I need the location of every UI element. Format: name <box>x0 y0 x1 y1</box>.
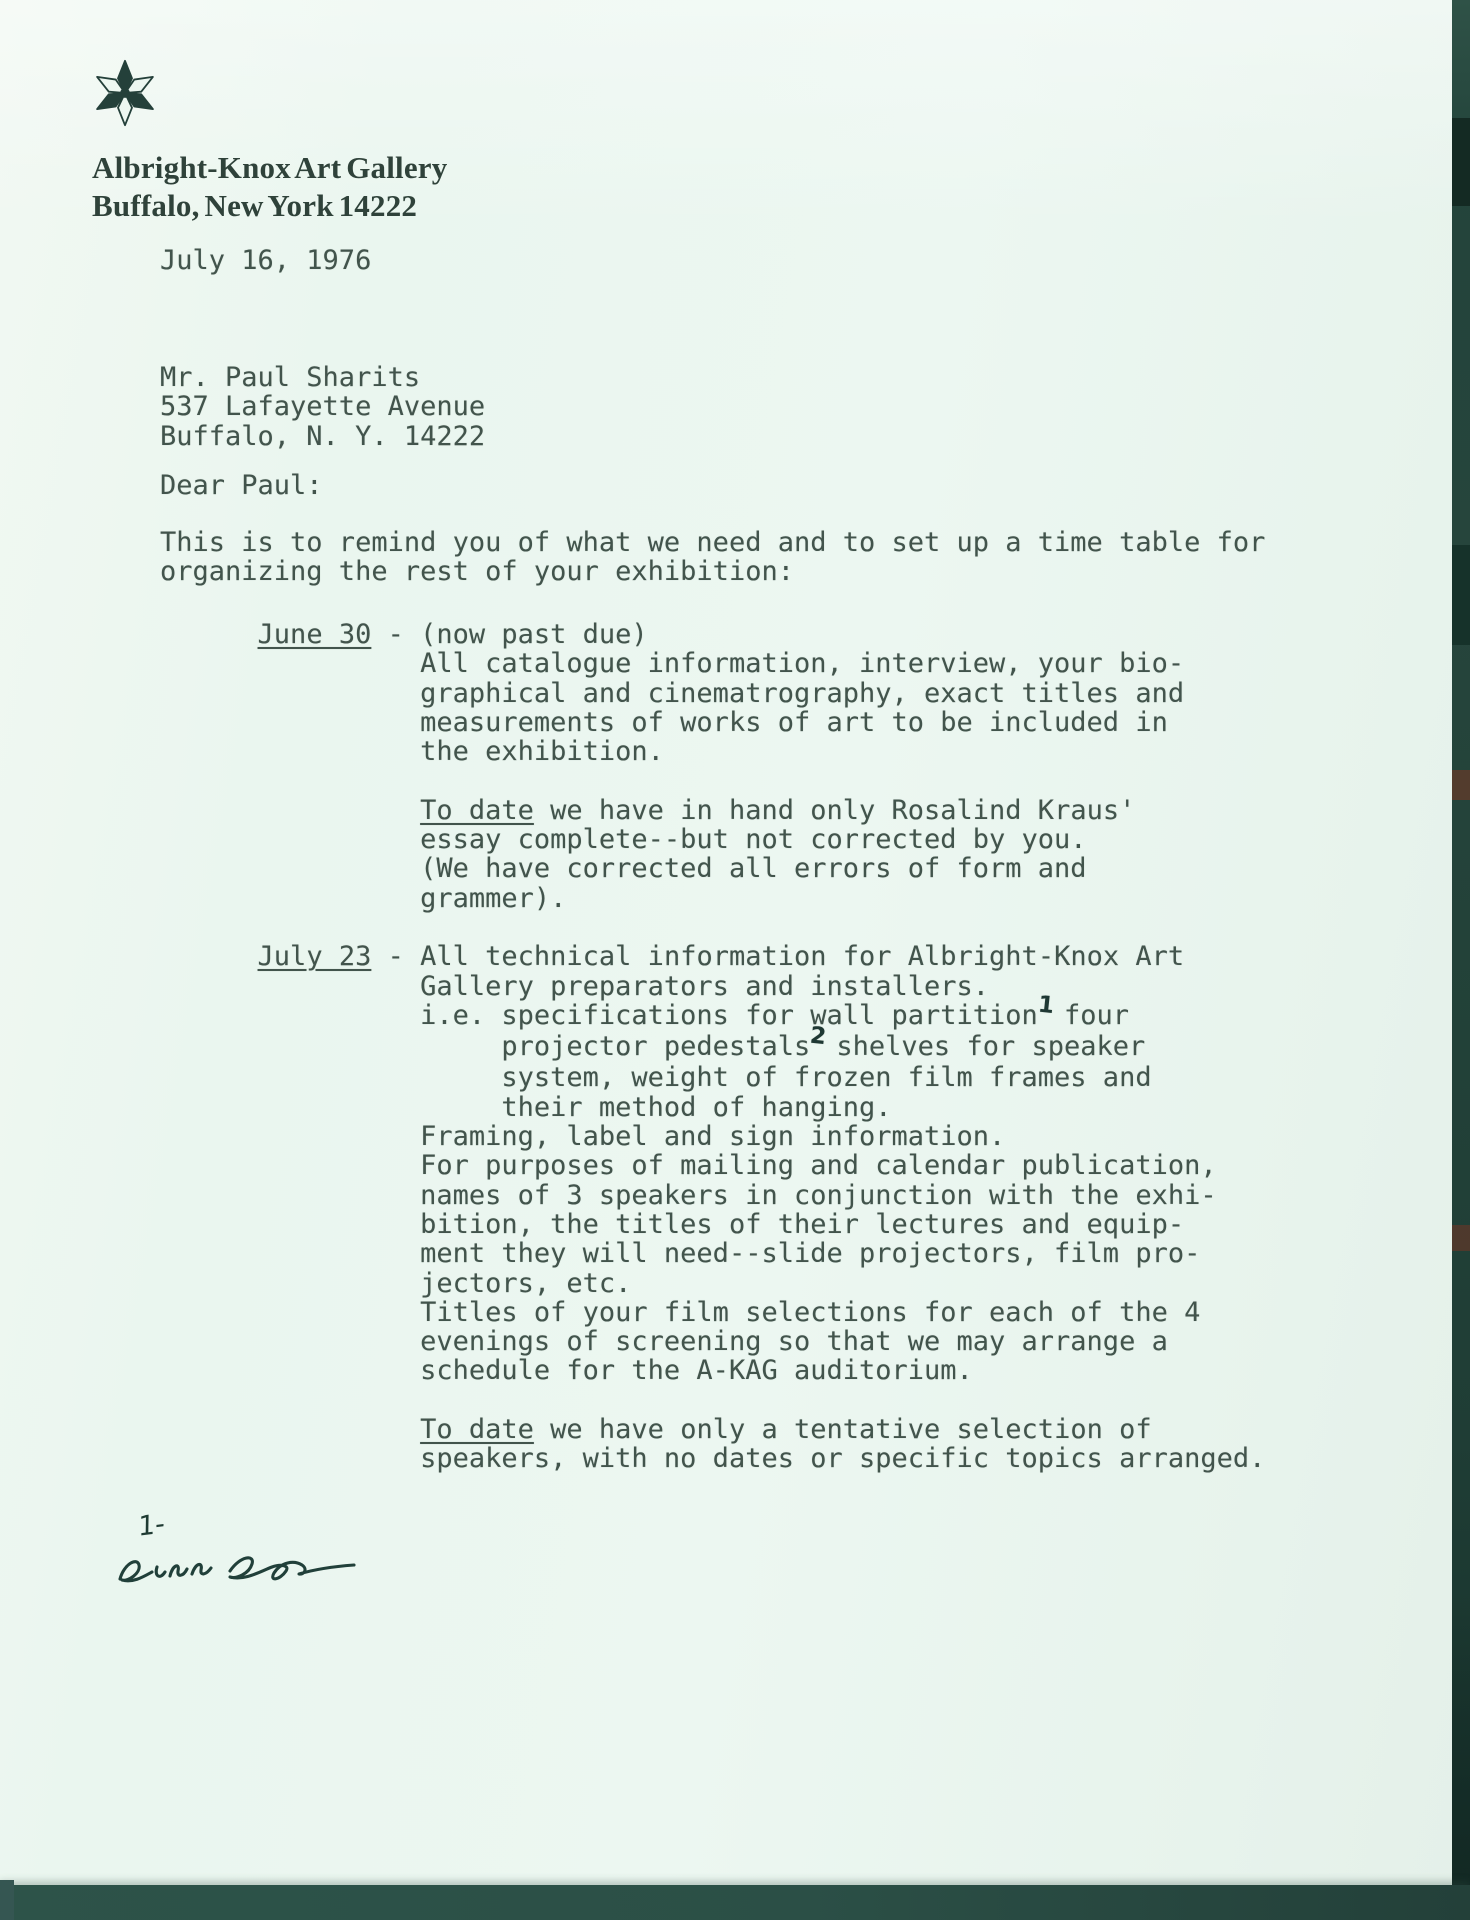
salutation: Dear Paul: <box>160 471 323 500</box>
schedule-block: June 30 - (now past due) All catalogue i… <box>160 620 1265 1474</box>
scan-edge-bottom-band <box>0 1885 1470 1920</box>
letterhead-gallery-name: Albright-Knox Art Gallery <box>92 152 447 183</box>
scan-edge-right-band <box>1452 0 1470 1920</box>
letterhead-gallery-address: Buffalo, New York 14222 <box>92 190 417 221</box>
handwritten-page-mark: 1- <box>138 1508 165 1543</box>
scanned-letter-page: Albright-Knox Art Gallery Buffalo, New Y… <box>0 0 1470 1920</box>
gallery-logo-icon <box>90 56 160 130</box>
scan-edge-corner <box>0 1880 14 1920</box>
handwritten-scribble <box>112 1543 362 1601</box>
recipient-address-block: Mr. Paul Sharits 537 Lafayette Avenue Bu… <box>160 363 485 451</box>
intro-paragraph: This is to remind you of what we need an… <box>160 528 1265 587</box>
letter-date: July 16, 1976 <box>160 246 371 275</box>
